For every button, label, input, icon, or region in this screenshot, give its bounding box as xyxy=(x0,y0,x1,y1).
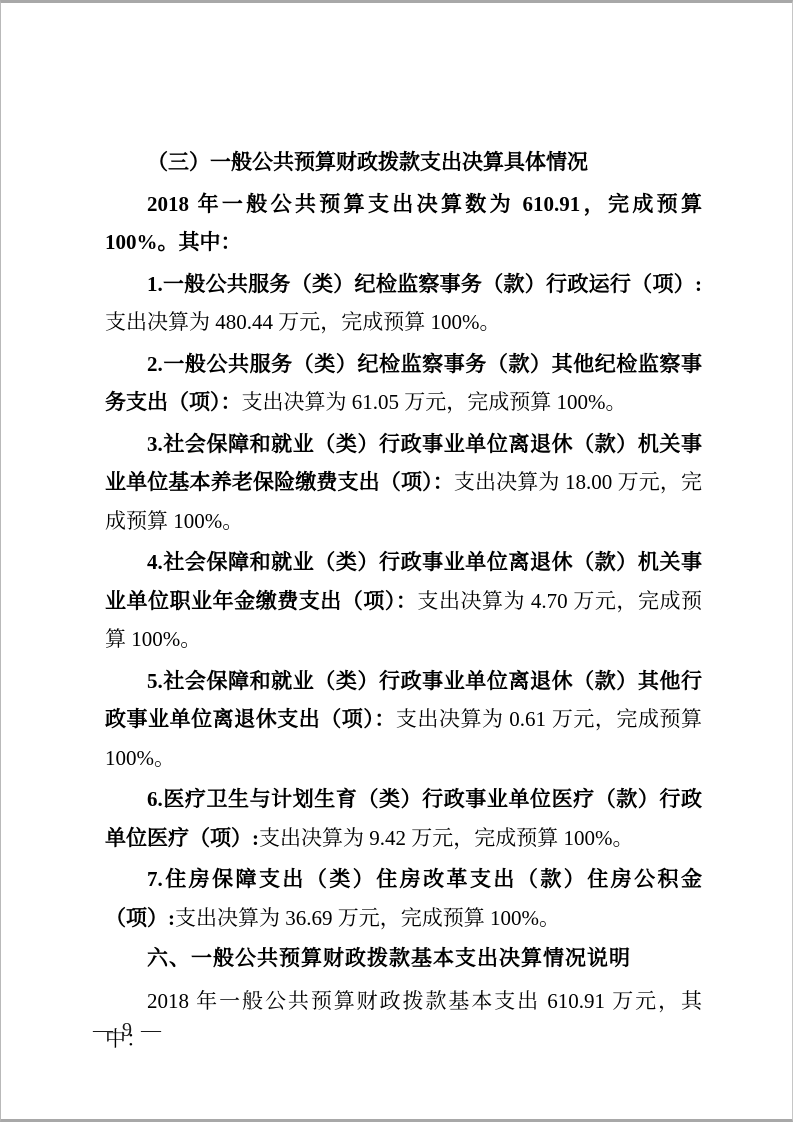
expense-item-7-body: 支出决算为 36.69 万元，完成预算 100%。 xyxy=(175,906,560,930)
expense-item-1-body: 支出决算为 480.44 万元，完成预算 100%。 xyxy=(105,310,501,334)
expense-item-6: 6.医疗卫生与计划生育（类）行政事业单位医疗（款）行政单位医疗（项）:支出决算为… xyxy=(105,780,702,857)
document-page: （三）一般公共预算财政拨款支出决算具体情况 2018 年一般公共预算支出决算数为… xyxy=(0,0,793,1122)
section6-intro: 2018 年一般公共预算财政拨款基本支出 610.91 万元，其中： xyxy=(105,982,702,1059)
expense-item-1-head: 1.一般公共服务（类）纪检监察事务（款）行政运行（项）: xyxy=(147,272,702,296)
expense-item-2-body: 支出决算为 61.05 万元，完成预算 100%。 xyxy=(242,390,627,414)
expense-item-2: 2.一般公共服务（类）纪检监察事务（款）其他纪检监察事务支出（项）：支出决算为 … xyxy=(105,345,702,422)
page-number: — 9 — xyxy=(93,1019,163,1042)
expense-item-7: 7.住房保障支出（类）住房改革支出（款）住房公积金（项）:支出决算为 36.69… xyxy=(105,860,702,937)
section3-heading: （三）一般公共预算财政拨款支出决算具体情况 xyxy=(105,143,702,182)
section6-heading: 六、一般公共预算财政拨款基本支出决算情况说明 xyxy=(105,940,702,979)
expense-item-6-body: 支出决算为 9.42 万元，完成预算 100%。 xyxy=(259,826,634,850)
expense-item-3: 3.社会保障和就业（类）行政事业单位离退休（款）机关事业单位基本养老保险缴费支出… xyxy=(105,425,702,541)
page-content: （三）一般公共预算财政拨款支出决算具体情况 2018 年一般公共预算支出决算数为… xyxy=(105,143,702,1062)
expense-item-5: 5.社会保障和就业（类）行政事业单位离退休（款）其他行政事业单位离退休支出（项）… xyxy=(105,662,702,778)
section3-intro: 2018 年一般公共预算支出决算数为 610.91，完成预算 100%。其中： xyxy=(105,185,702,262)
expense-item-4: 4.社会保障和就业（类）行政事业单位离退休（款）机关事业单位职业年金缴费支出（项… xyxy=(105,543,702,659)
expense-item-1: 1.一般公共服务（类）纪检监察事务（款）行政运行（项）:支出决算为 480.44… xyxy=(105,265,702,342)
